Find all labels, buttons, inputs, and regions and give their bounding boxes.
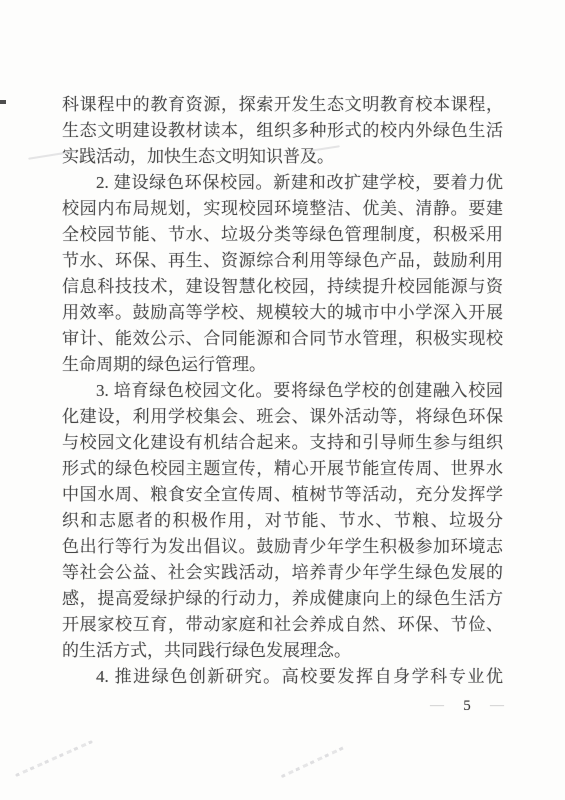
- paragraph-3: 3. 培育绿色校园文化。要将绿色学校的创建融入校园文 化建设，利用学校集会、班会…: [62, 378, 503, 664]
- text-line: 化建设，利用学校集会、班会、课外活动等，将绿色环保理念: [62, 404, 503, 430]
- text-line: 科课程中的教育资源，探索开发生态文明教育校本课程，编制: [62, 92, 503, 118]
- page-number-dash-right: —: [490, 699, 504, 713]
- text-line: 感，提高爱绿护绿的行动力，养成健康向上的绿色生活方式。: [62, 586, 503, 612]
- text-line: 4. 推进绿色创新研究。高校要发挥自身学科专业优势，: [62, 664, 503, 690]
- text-line: 用效率。鼓励高等学校、规模较大的城市中小学深入开展能源: [62, 300, 503, 326]
- text-line: 形式的绿色校园主题宣传，精心开展节能宣传周、世界水日和: [62, 456, 503, 482]
- text-line: 等社会公益、社会实践活动，培养青少年学生绿色发展的责任: [62, 560, 503, 586]
- text-line: 开展家校互育，带动家庭和社会养成自然、环保、节俭、健康: [62, 612, 503, 638]
- text-line: 中国水周、粮食安全宣传周、植树节等活动，充分发挥学生组: [62, 482, 503, 508]
- paragraph-1: 科课程中的教育资源，探索开发生态文明教育校本课程，编制 生态文明建设教材读本，组…: [62, 92, 503, 170]
- watermark-smudge-right: [281, 745, 348, 778]
- text-line: 校园内布局规划，实现校园环境整洁、优美、清静。要建立健: [62, 196, 503, 222]
- text-line: 生态文明建设教材读本，组织多种形式的校内外绿色生活主题: [62, 118, 503, 144]
- page-number: — 5 —: [430, 697, 504, 715]
- text-line: 信息科技技术，建设智慧化校园，持续提升校园能源与资源利: [62, 274, 503, 300]
- scan-artifact: [0, 100, 6, 104]
- document-page: 科课程中的教育资源，探索开发生态文明教育校本课程，编制 生态文明建设教材读本，组…: [0, 0, 565, 800]
- text-line: 生命周期的绿色运行管理。: [62, 352, 503, 378]
- text-line: 节水、环保、再生、资源综合利用等绿色产品，鼓励利用先进: [62, 248, 503, 274]
- text-line: 实践活动，加快生态文明知识普及。: [62, 144, 503, 170]
- body-text: 科课程中的教育资源，探索开发生态文明教育校本课程，编制 生态文明建设教材读本，组…: [62, 92, 503, 690]
- text-line: 全校园节能、节水、垃圾分类等绿色管理制度，积极采用节能、: [62, 222, 503, 248]
- text-line: 审计、能效公示、合同能源和合同节水管理，积极实现校园全: [62, 326, 503, 352]
- text-line: 的生活方式，共同践行绿色发展理念。: [62, 638, 503, 664]
- page-number-value: 5: [463, 698, 471, 715]
- paragraph-4: 4. 推进绿色创新研究。高校要发挥自身学科专业优势，: [62, 664, 503, 690]
- text-line: 色出行等行为发出倡议。鼓励青少年学生积极参加环境志愿者: [62, 534, 503, 560]
- text-line: 3. 培育绿色校园文化。要将绿色学校的创建融入校园文: [62, 378, 503, 404]
- text-line: 织和志愿者的积极作用，对节能、节水、节粮、垃圾分类、绿: [62, 508, 503, 534]
- page-number-dash-left: —: [430, 699, 444, 713]
- paragraph-2: 2. 建设绿色环保校园。新建和改扩建学校，要着力优化 校园内布局规划，实现校园环…: [62, 170, 503, 378]
- text-line: 与校园文化建设有机结合起来。支持和引导师生参与组织多种: [62, 430, 503, 456]
- watermark-smudge-left: [15, 740, 93, 777]
- text-line: 2. 建设绿色环保校园。新建和改扩建学校，要着力优化: [62, 170, 503, 196]
